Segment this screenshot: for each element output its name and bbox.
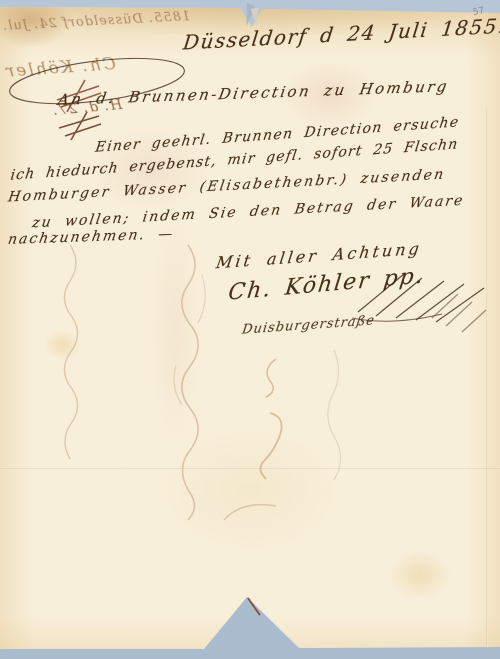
bleedthrough-squiggle <box>220 498 280 528</box>
bleedthrough-squiggle <box>428 288 488 338</box>
notch-burn-edge <box>244 595 274 625</box>
bleedthrough-squiggle <box>168 245 212 520</box>
bleedthrough-squiggle <box>248 355 294 485</box>
scanned-letter: 57 1855. Düsseldorf 24. Jul. Ch. Köhler … <box>0 0 500 659</box>
bleedthrough-squiggle <box>52 245 88 475</box>
bleedthrough-squiggle <box>320 350 350 500</box>
